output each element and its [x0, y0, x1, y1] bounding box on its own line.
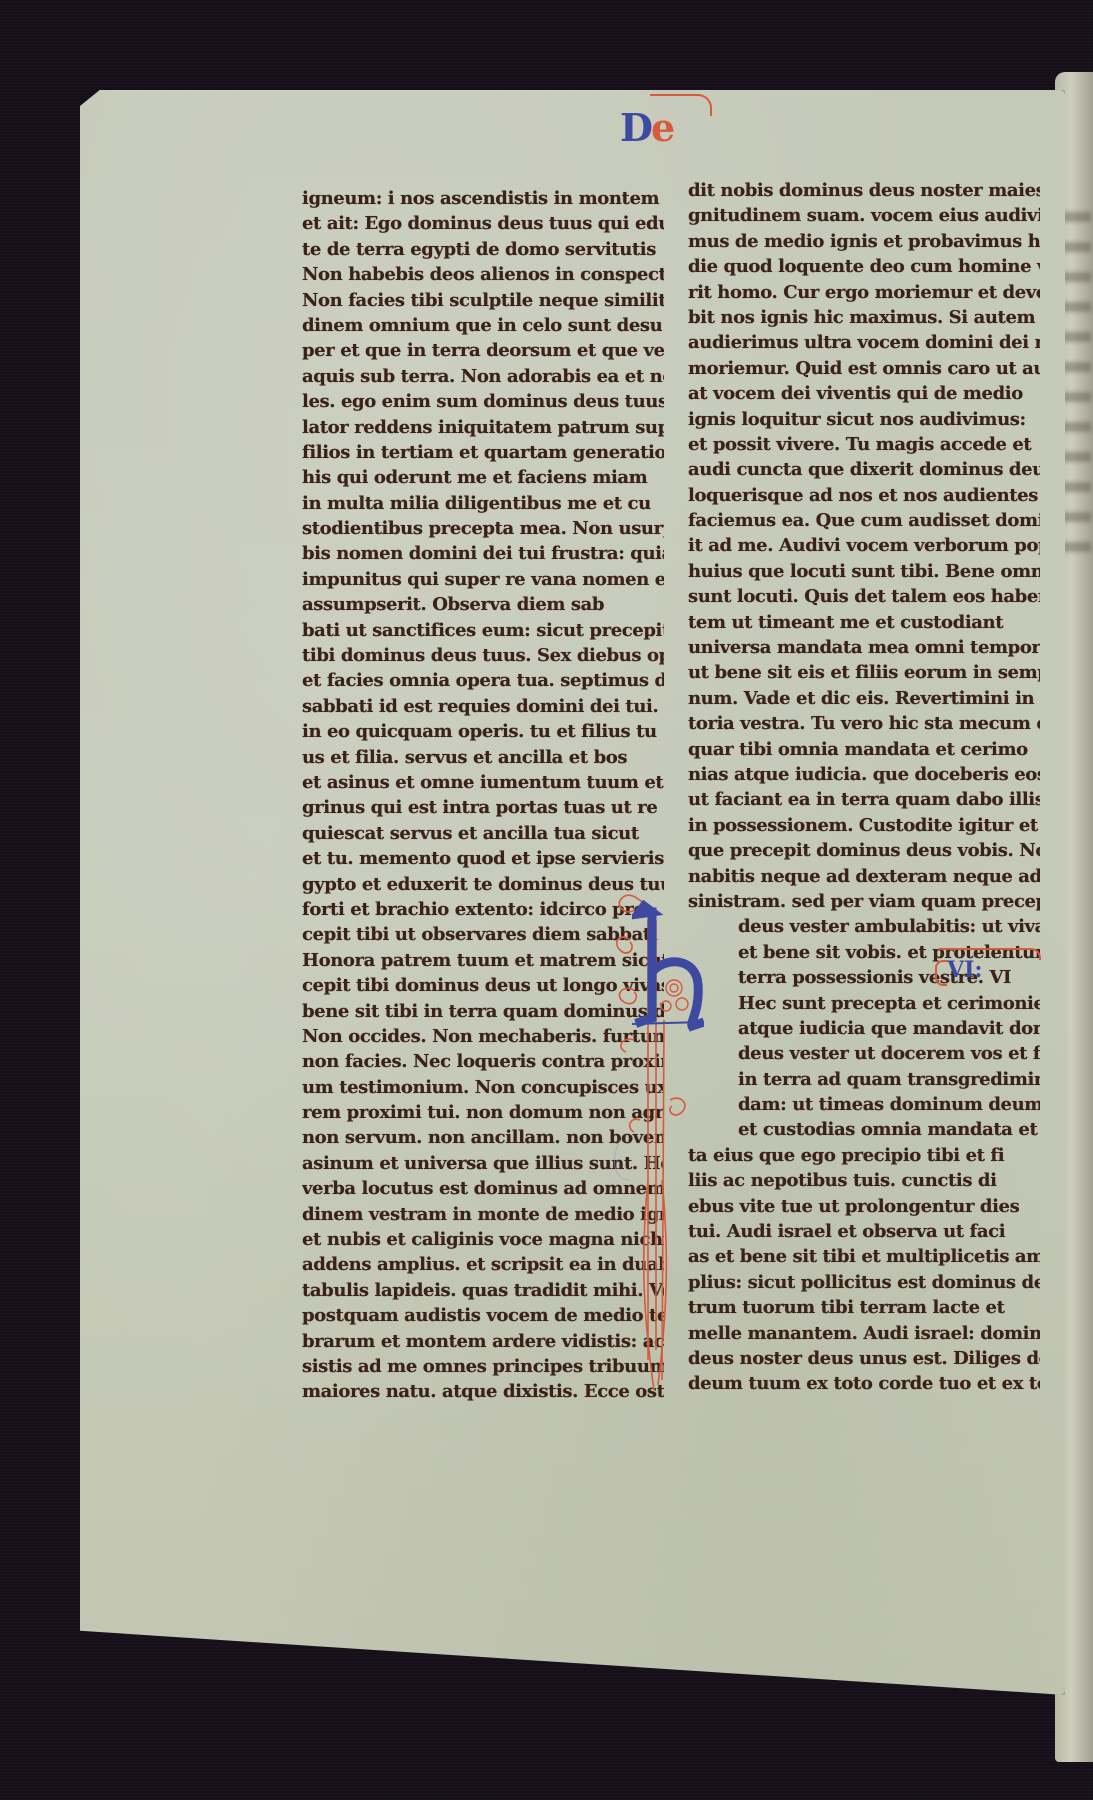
text-line: in terra ad quam transgredimini possiden… [688, 1067, 1040, 1092]
text-line: grinus qui est intra portas tuas ut re [302, 795, 664, 820]
text-line: que precepit dominus deus vobis. Non dec… [688, 838, 1040, 863]
text-line: at vocem dei viventis qui de medio [688, 381, 1040, 406]
text-line: universa mandata mea omni tempore [688, 635, 1040, 660]
text-line: per et que in terra deorsum et que versa… [302, 338, 664, 363]
header-flourish-icon [650, 94, 712, 116]
text-line: te de terra egypti de domo servitutis [302, 237, 664, 262]
text-line: quiescat servus et ancilla tua sicut [302, 821, 664, 846]
text-line: stodientibus precepta mea. Non usurpa [302, 516, 664, 541]
text-line: liis ac nepotibus tuis. cunctis di [688, 1168, 1040, 1193]
text-line: Non habebis deos alienos in conspectu me… [302, 262, 664, 287]
text-line: assumpserit. Observa diem sab [302, 592, 664, 617]
text-line: ta eius que ego precipio tibi et fi [688, 1143, 1040, 1168]
running-header: De [620, 100, 700, 155]
text-line: bati ut sanctifices eum: sicut precepit [302, 618, 664, 643]
text-line: huius que locuti sunt tibi. Bene omnia [688, 559, 1040, 584]
text-line: impunitus qui super re vana nomen eius [302, 567, 664, 592]
text-line: aquis sub terra. Non adorabis ea et non … [302, 364, 664, 389]
text-line: as et bene sit tibi et multiplicetis am [688, 1244, 1040, 1269]
text-line: tem ut timeant me et custodiant [688, 610, 1040, 635]
text-line: Hec sunt precepta et cerimonie [688, 991, 1040, 1016]
text-line: deus vester ut docerem vos et faciatis e… [688, 1041, 1040, 1066]
text-line: atque iudicia que mandavit dominus [688, 1016, 1040, 1041]
text-line: Non facies tibi sculptile neque similitu [302, 288, 664, 313]
decorated-initial-h: h [632, 900, 704, 1035]
text-line: deus noster deus unus est. Diliges domin… [688, 1346, 1040, 1371]
text-line: loquerisque ad nos et nos audientes [688, 483, 1040, 508]
text-line: dinem omnium que in celo sunt desu [302, 313, 664, 338]
text-line: nias atque iudicia. que doceberis eos [688, 762, 1040, 787]
text-column-right: dit nobis dominus deus noster maiestatem… [688, 178, 1040, 1397]
text-line: in multa milia diligentibus me et cu [302, 491, 664, 516]
text-line: ut faciant ea in terra quam dabo illis [688, 787, 1040, 812]
text-line: audi cuncta que dixerit dominus deus nos… [688, 457, 1040, 482]
text-line: moriemur. Quid est omnis caro ut audi [688, 356, 1040, 381]
text-line: bis nomen domini dei tui frustra: quia n… [302, 541, 664, 566]
text-line: tui. Audi israel et observa ut faci [688, 1219, 1040, 1244]
text-line: terra possessionis vestre. VI [688, 965, 1040, 990]
text-line: et ait: Ego dominus deus tuus qui eduxi [302, 211, 664, 236]
text-line: audierimus ultra vocem domini dei nostri [688, 330, 1040, 355]
text-line: die quod loquente deo cum homine vixe [688, 254, 1040, 279]
text-line: dit nobis dominus deus noster maiestatem… [688, 178, 1040, 203]
text-line: les. ego enim sum dominus deus tuus. deu… [302, 389, 664, 414]
text-line: sinistram. sed per viam quam precepit do… [688, 889, 1040, 914]
text-line: deum tuum ex toto corde tuo et ex to [688, 1371, 1040, 1396]
text-line: gnitudinem suam. vocem eius audivi [688, 203, 1040, 228]
text-line: nabitis neque ad dexteram neque ad [688, 864, 1040, 889]
running-header-blue: D [620, 105, 651, 150]
text-line: rit homo. Cur ergo moriemur et devorabit [688, 280, 1040, 305]
text-line: bit nos ignis hic maximus. Si autem [688, 305, 1040, 330]
text-line: et tu. memento quod et ipse servieris in… [302, 846, 664, 871]
text-line: sabbati id est requies domini dei tui. N… [302, 694, 664, 719]
text-line: melle manantem. Audi israel: dominus [688, 1321, 1040, 1346]
text-line: quar tibi omnia mandata et cerimo [688, 737, 1040, 762]
text-line: faciemus ea. Que cum audisset dominus a [688, 508, 1040, 533]
text-line: in eo quicquam operis. tu et filius tu [302, 719, 664, 744]
text-line: mus de medio ignis et probavimus ho [688, 229, 1040, 254]
text-line: et facies omnia opera tua. septimus dies [302, 668, 664, 693]
text-line: dam: ut timeas dominum deum tuum [688, 1092, 1040, 1117]
text-line: filios in tertiam et quartam generatione… [302, 440, 664, 465]
text-line: sunt locuti. Quis det talem eos habere m… [688, 584, 1040, 609]
chapter-number: VI: [935, 956, 982, 984]
text-line: et custodias omnia mandata et precep [688, 1117, 1040, 1142]
text-line: toria vestra. Tu vero hic sta mecum et l… [688, 711, 1040, 736]
text-line: in possessionem. Custodite igitur et fac… [688, 813, 1040, 838]
text-line: trum tuorum tibi terram lacte et [688, 1295, 1040, 1320]
text-line: num. Vade et dic eis. Revertimini in ten [688, 686, 1040, 711]
text-line: igneum: i nos ascendistis in montem [302, 186, 664, 211]
text-line: us et filia. servus et ancilla et bos [302, 745, 664, 770]
text-line: lator reddens iniquitatem patrum super [302, 415, 664, 440]
text-line: his qui oderunt me et faciens miam [302, 465, 664, 490]
text-line: it ad me. Audivi vocem verborum populi [688, 533, 1040, 558]
text-line: ignis loquitur sicut nos audivimus: [688, 407, 1040, 432]
text-line: plius: sicut pollicitus est dominus deus… [688, 1270, 1040, 1295]
text-line: ut bene sit eis et filiis eorum in sempi… [688, 660, 1040, 685]
text-line: tibi dominus deus tuus. Sex diebus opera… [302, 643, 664, 668]
text-line: et possit vivere. Tu magis accede et [688, 432, 1040, 457]
text-line: et asinus et omne iumentum tuum et pere [302, 770, 664, 795]
text-line: deus vester ambulabitis: ut vivatis [688, 914, 1040, 939]
text-line: ebus vite tue ut prolongentur dies [688, 1194, 1040, 1219]
